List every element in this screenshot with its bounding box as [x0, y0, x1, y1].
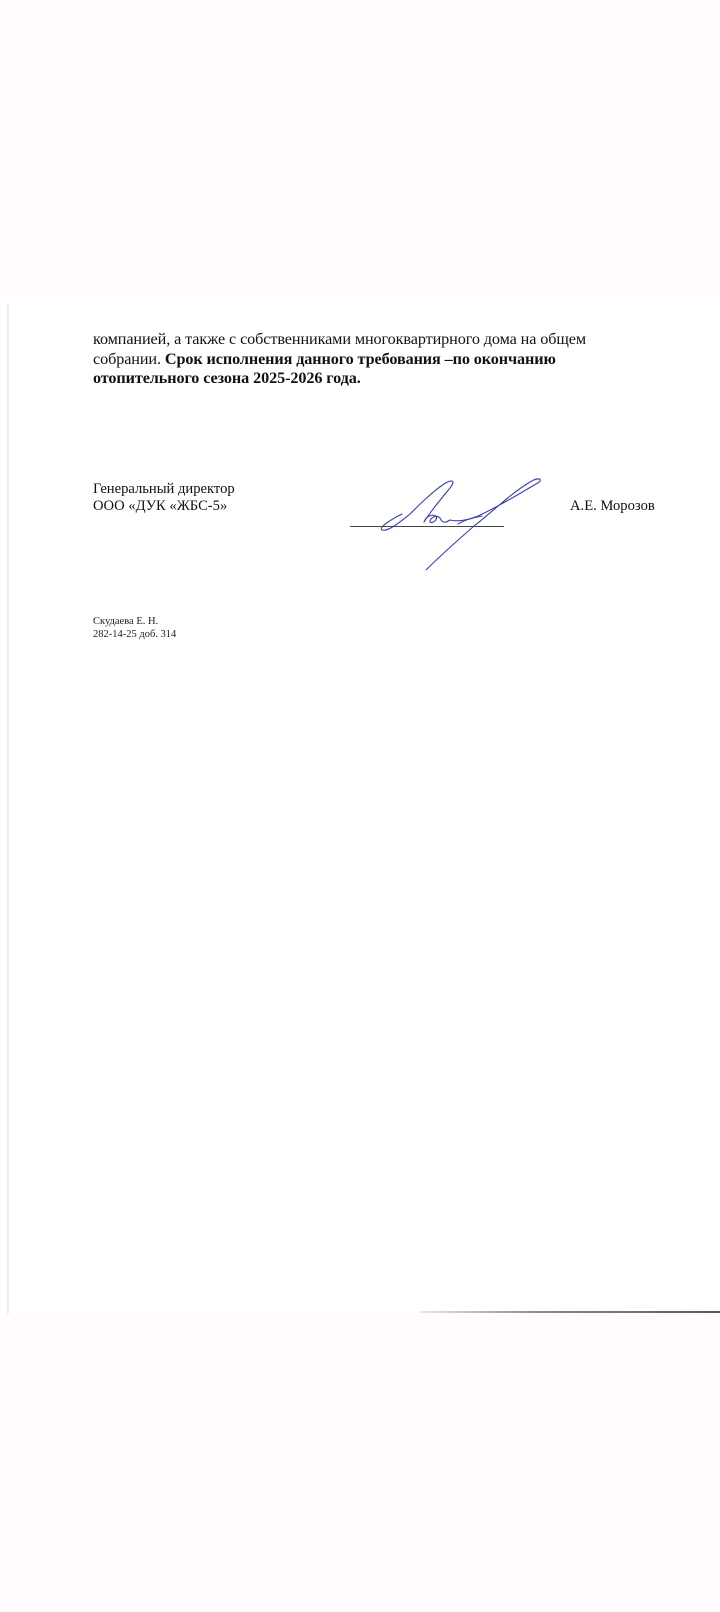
- position-title: Генеральный директор: [93, 481, 235, 498]
- document-page: компанией, а также с собственниками мног…: [0, 298, 720, 1314]
- body-line-3: отопительного сезона 2025-2026 года.: [93, 369, 653, 389]
- signer-name: А.Е. Морозов: [570, 498, 655, 515]
- organization-name: ООО «ДУК «ЖБС-5»: [93, 498, 235, 515]
- body-line-2-regular: собрании.: [93, 350, 165, 368]
- executor-phone: 282-14-25 доб. 314: [93, 628, 176, 641]
- page-left-edge: [7, 304, 9, 1314]
- deadline-text-continued: отопительного сезона 2025-2026 года.: [93, 369, 361, 387]
- body-line-2: собрании. Срок исполнения данного требов…: [93, 350, 653, 370]
- body-line-1: компанией, а также с собственниками мног…: [93, 330, 653, 350]
- handwritten-signature-icon: [340, 470, 560, 570]
- executor-info: Скудаева Е. Н. 282-14-25 доб. 314: [93, 615, 176, 641]
- page-bottom-edge: [420, 1311, 720, 1313]
- executor-name: Скудаева Е. Н.: [93, 615, 176, 628]
- body-paragraph: компанией, а также с собственниками мног…: [93, 330, 653, 389]
- deadline-text: Срок исполнения данного требования –по о…: [165, 350, 556, 368]
- signer-position: Генеральный директор ООО «ДУК «ЖБС-5»: [93, 481, 235, 515]
